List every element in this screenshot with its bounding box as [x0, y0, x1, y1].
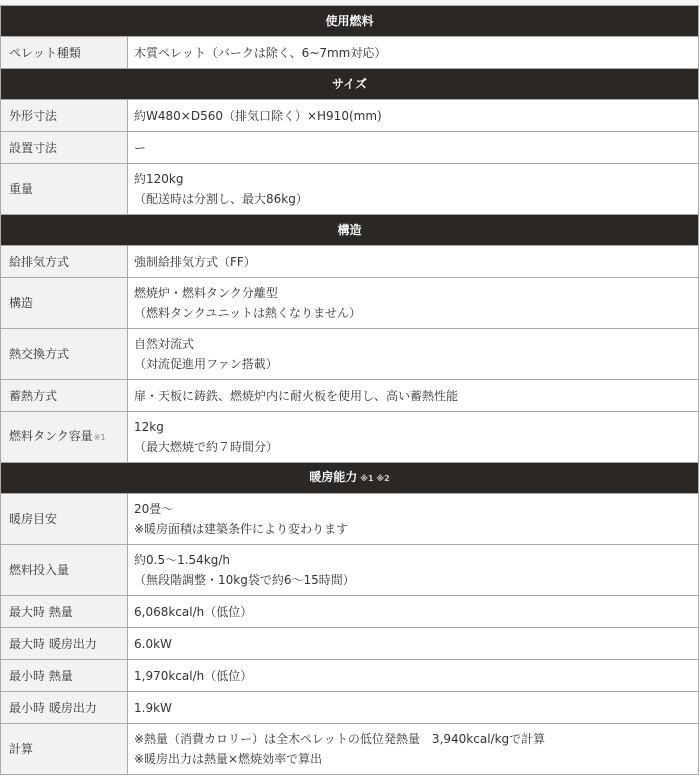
- label-text: 設置寸法: [9, 141, 57, 155]
- section-title-text: 使用燃料: [325, 14, 373, 28]
- row-label: 重量: [1, 164, 128, 215]
- row-label: 暖房目安: [1, 494, 128, 545]
- table-row-fuel-input: 燃料投入量 約0.5～1.54kg/h （無段階調整・10kg袋で約6～15時間…: [1, 545, 699, 596]
- row-label: 最小時 熱量: [1, 660, 128, 692]
- label-text: 最小時 暖房出力: [9, 701, 97, 715]
- label-text: 暖房目安: [9, 512, 57, 526]
- table-row-exhaust-method: 給排気方式 強制給排気方式（FF）: [1, 246, 699, 278]
- value-line: 1,970kcal/h（低位）: [134, 666, 698, 686]
- row-value: 20畳～ ※暖房面積は建築条件により変わります: [128, 494, 699, 545]
- section-title-text: サイズ: [332, 77, 367, 91]
- row-label: 最小時 暖房出力: [1, 692, 128, 724]
- table-row-weight: 重量 約120kg （配送時は分割し、最大86kg）: [1, 164, 699, 215]
- row-value: 1.9kW: [128, 692, 699, 724]
- table-row-min-heat: 最小時 熱量 1,970kcal/h（低位）: [1, 660, 699, 692]
- value-line: 12kg: [134, 417, 698, 437]
- footnote-mark: ※1: [94, 433, 106, 442]
- value-line: 扉・天板に鋳鉄、燃焼炉内に耐火板を使用し、高い蓄熱性能: [134, 386, 698, 406]
- section-header-structure: 構造: [1, 215, 699, 246]
- section-header-fuel: 使用燃料: [1, 6, 699, 37]
- label-text: 最大時 熱量: [9, 605, 73, 619]
- table-row-install-dimensions: 設置寸法 ー: [1, 132, 699, 164]
- value-line: 20畳～: [134, 499, 698, 519]
- value-line: 1.9kW: [134, 698, 698, 718]
- label-text: 最大時 暖房出力: [9, 637, 97, 651]
- row-label: ペレット種類: [1, 37, 128, 69]
- section-title: 使用燃料: [1, 6, 699, 37]
- table-row-pellet-type: ペレット種類 木質ペレット（バークは除く、6~7mm対応）: [1, 37, 699, 69]
- table-row-max-output: 最大時 暖房出力 6.0kW: [1, 628, 699, 660]
- table-row-heat-exchange: 熱交換方式 自然対流式 （対流促進用ファン搭載）: [1, 329, 699, 380]
- row-label: 設置寸法: [1, 132, 128, 164]
- row-value: ※熱量（消費カロリー）は全木ペレットの低位発熱量 3,940kcal/kgで計算…: [128, 724, 699, 775]
- value-line: （最大燃焼で約７時間分）: [134, 437, 698, 457]
- value-line: （配送時は分割し、最大86kg）: [134, 189, 698, 209]
- value-line: ※暖房面積は建築条件により変わります: [134, 519, 698, 539]
- value-line: 自然対流式: [134, 334, 698, 354]
- row-value: 6.0kW: [128, 628, 699, 660]
- value-line: 強制給排気方式（FF）: [134, 252, 698, 272]
- value-line: 6,068kcal/h（低位）: [134, 602, 698, 622]
- section-title-text: 暖房能力: [309, 470, 357, 484]
- value-line: （燃料タンクユニットは熱くなりません）: [134, 303, 698, 323]
- row-value: 強制給排気方式（FF）: [128, 246, 699, 278]
- row-value: 約W480×D560（排気口除く）×H910(mm): [128, 100, 699, 132]
- row-label: 最大時 熱量: [1, 596, 128, 628]
- table-row-dimensions: 外形寸法 約W480×D560（排気口除く）×H910(mm): [1, 100, 699, 132]
- value-line: （無段階調整・10kg袋で約6～15時間）: [134, 570, 698, 590]
- table-row-heat-storage: 蓄熱方式 扉・天板に鋳鉄、燃焼炉内に耐火板を使用し、高い蓄熱性能: [1, 380, 699, 412]
- spec-table: 使用燃料 ペレット種類 木質ペレット（バークは除く、6~7mm対応） サイズ 外…: [0, 5, 699, 775]
- label-text: 蓄熱方式: [9, 389, 57, 403]
- row-label: 最大時 暖房出力: [1, 628, 128, 660]
- label-text: 重量: [9, 182, 33, 196]
- value-line: ※暖房出力は熱量×燃焼効率で算出: [134, 749, 698, 769]
- value-line: 約W480×D560（排気口除く）×H910(mm): [134, 106, 698, 126]
- row-label: 熱交換方式: [1, 329, 128, 380]
- row-value: 木質ペレット（バークは除く、6~7mm対応）: [128, 37, 699, 69]
- table-row-max-heat: 最大時 熱量 6,068kcal/h（低位）: [1, 596, 699, 628]
- row-value: 自然対流式 （対流促進用ファン搭載）: [128, 329, 699, 380]
- value-line: ー: [134, 138, 698, 158]
- row-label: 給排気方式: [1, 246, 128, 278]
- value-line: 木質ペレット（バークは除く、6~7mm対応）: [134, 43, 698, 63]
- label-text: 構造: [9, 296, 33, 310]
- table-row-structure: 構造 燃焼炉・燃料タンク分離型 （燃料タンクユニットは熱くなりません）: [1, 278, 699, 329]
- section-title: 暖房能力※1 ※2: [1, 463, 699, 494]
- row-value: 約0.5～1.54kg/h （無段階調整・10kg袋で約6～15時間）: [128, 545, 699, 596]
- section-header-heating: 暖房能力※1 ※2: [1, 463, 699, 494]
- label-text: 最小時 熱量: [9, 669, 73, 683]
- row-label: 計算: [1, 724, 128, 775]
- row-label: 外形寸法: [1, 100, 128, 132]
- label-text: 計算: [9, 742, 33, 756]
- label-text: 燃料タンク容量: [9, 429, 93, 443]
- row-value: ー: [128, 132, 699, 164]
- row-label: 蓄熱方式: [1, 380, 128, 412]
- row-label: 構造: [1, 278, 128, 329]
- row-value: 扉・天板に鋳鉄、燃焼炉内に耐火板を使用し、高い蓄熱性能: [128, 380, 699, 412]
- row-label: 燃料タンク容量※1: [1, 412, 128, 463]
- section-title: サイズ: [1, 69, 699, 100]
- section-title: 構造: [1, 215, 699, 246]
- table-row-heating-area: 暖房目安 20畳～ ※暖房面積は建築条件により変わります: [1, 494, 699, 545]
- section-header-size: サイズ: [1, 69, 699, 100]
- label-text: 熱交換方式: [9, 347, 69, 361]
- label-text: ペレット種類: [9, 46, 81, 60]
- label-text: 外形寸法: [9, 109, 57, 123]
- row-value: 約120kg （配送時は分割し、最大86kg）: [128, 164, 699, 215]
- label-text: 燃料投入量: [9, 563, 69, 577]
- value-line: ※熱量（消費カロリー）は全木ペレットの低位発熱量 3,940kcal/kgで計算: [134, 729, 698, 749]
- value-line: 約120kg: [134, 169, 698, 189]
- row-value: 6,068kcal/h（低位）: [128, 596, 699, 628]
- value-line: 燃焼炉・燃料タンク分離型: [134, 283, 698, 303]
- value-line: （対流促進用ファン搭載）: [134, 354, 698, 374]
- table-row-tank-capacity: 燃料タンク容量※1 12kg （最大燃焼で約７時間分）: [1, 412, 699, 463]
- row-label: 燃料投入量: [1, 545, 128, 596]
- table-row-min-output: 最小時 暖房出力 1.9kW: [1, 692, 699, 724]
- row-value: 1,970kcal/h（低位）: [128, 660, 699, 692]
- table-row-calculation: 計算 ※熱量（消費カロリー）は全木ペレットの低位発熱量 3,940kcal/kg…: [1, 724, 699, 775]
- row-value: 12kg （最大燃焼で約７時間分）: [128, 412, 699, 463]
- label-text: 給排気方式: [9, 255, 69, 269]
- value-line: 約0.5～1.54kg/h: [134, 550, 698, 570]
- value-line: 6.0kW: [134, 634, 698, 654]
- row-value: 燃焼炉・燃料タンク分離型 （燃料タンクユニットは熱くなりません）: [128, 278, 699, 329]
- section-title-text: 構造: [337, 223, 361, 237]
- footnote-mark: ※1 ※2: [360, 474, 389, 483]
